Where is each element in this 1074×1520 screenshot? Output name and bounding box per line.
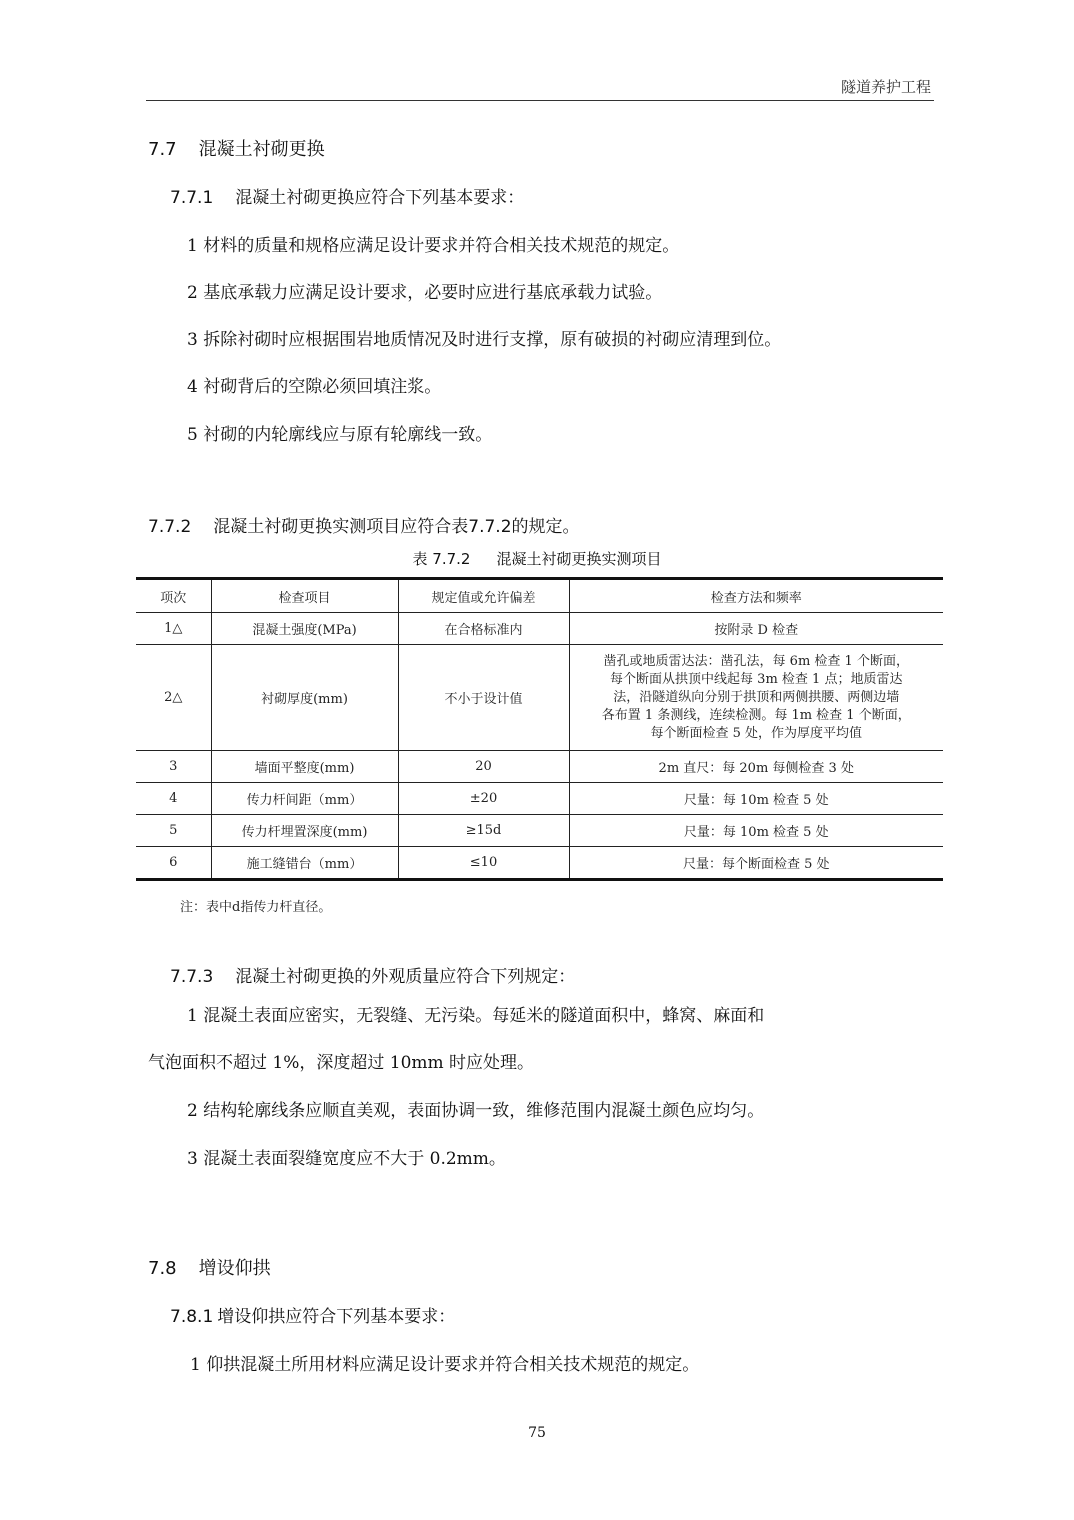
requirement-item: 1 混凝土表面应密实，无裂缝、无污染。每延米的隧道面积中，蜂窝、麻面和	[187, 1001, 764, 1026]
section-heading-7-8: 7.8增设仰拱	[148, 1254, 271, 1280]
inspection-item: 墙面平整度(mm)	[211, 751, 398, 783]
table-row: 5 传力杆埋置深度(mm) ≥15d 尺量：每 10m 检查 5 处	[136, 815, 943, 847]
header-divider	[146, 100, 934, 101]
clause-number: 7.7.3	[170, 967, 213, 987]
requirement-item: 3 混凝土表面裂缝宽度应不大于 0.2mm。	[187, 1144, 506, 1169]
clause-heading-7-7-3: 7.7.3混凝土衬砌更换的外观质量应符合下列规定：	[170, 962, 575, 987]
inspection-method: 2m 直尺：每 20m 每侧检查 3 处	[569, 751, 943, 783]
method-line: 法，沿隧道纵向分别于拱顶和两侧拱腰、两侧边墙	[574, 689, 940, 707]
method-line: 每个断面从拱顶中线起每 3m 检查 1 点；地质雷达	[574, 671, 940, 689]
table-title: 混凝土衬砌更换实测项目	[496, 550, 661, 568]
row-number: 5	[136, 815, 211, 847]
method-line: 每个断面检查 5 处，作为厚度平均值	[574, 725, 940, 743]
clause-title: 混凝土衬砌更换应符合下列基本要求：	[235, 188, 524, 208]
table-header-row: 项次 检查项目 规定值或允许偏差 检查方法和频率	[136, 579, 943, 613]
table-row: 4 传力杆间距（mm） ±20 尺量：每 10m 检查 5 处	[136, 783, 943, 815]
allowed-value: ±20	[398, 783, 569, 815]
header-cell: 项次	[136, 579, 211, 613]
clause-number: 7.7.1	[170, 188, 213, 208]
section-number: 7.7	[148, 139, 177, 160]
section-heading-7-7: 7.7混凝土衬砌更换	[148, 135, 325, 161]
clause-heading-7-8-1: 7.8.1增设仰拱应符合下列基本要求：	[170, 1302, 455, 1327]
inspection-method: 尺量：每个断面检查 5 处	[569, 847, 943, 880]
requirement-item: 2 基底承载力应满足设计要求，必要时应进行基底承载力试验。	[187, 278, 662, 303]
table-row: 2△ 衬砌厚度(mm) 不小于设计值 凿孔或地质雷达法：凿孔法，每 6m 检查 …	[136, 645, 943, 751]
inspection-item: 混凝土强度(MPa)	[211, 613, 398, 645]
method-line: 各布置 1 条测线，连续检测。每 1m 检查 1 个断面，	[574, 707, 940, 725]
inspection-method: 尺量：每 10m 检查 5 处	[569, 783, 943, 815]
inspection-item: 衬砌厚度(mm)	[211, 645, 398, 751]
row-number: 6	[136, 847, 211, 880]
running-header: 隧道养护工程	[841, 76, 931, 97]
allowed-value: ≤10	[398, 847, 569, 880]
inspection-method: 凿孔或地质雷达法：凿孔法，每 6m 检查 1 个断面， 每个断面从拱顶中线起每 …	[569, 645, 943, 751]
row-number: 2△	[136, 645, 211, 751]
clause-number: 7.7.2	[148, 517, 191, 537]
clause-heading-7-7-1: 7.7.1混凝土衬砌更换应符合下列基本要求：	[170, 183, 524, 208]
table-row: 3 墙面平整度(mm) 20 2m 直尺：每 20m 每侧检查 3 处	[136, 751, 943, 783]
row-number: 4	[136, 783, 211, 815]
page-number: 75	[0, 1425, 1074, 1441]
allowed-value: 在合格标准内	[398, 613, 569, 645]
inspection-item: 施工缝错台（mm）	[211, 847, 398, 880]
allowed-value: 不小于设计值	[398, 645, 569, 751]
requirement-item: 1 材料的质量和规格应满足设计要求并符合相关技术规范的规定。	[187, 231, 679, 256]
table-note: 注：表中d指传力杆直径。	[180, 896, 331, 915]
requirement-item: 1 仰拱混凝土所用材料应满足设计要求并符合相关技术规范的规定。	[190, 1350, 699, 1375]
section-number: 7.8	[148, 1258, 177, 1279]
requirement-item: 4 衬砌背后的空隙必须回填注浆。	[187, 372, 441, 397]
requirement-item: 5 衬砌的内轮廓线应与原有轮廓线一致。	[187, 420, 492, 445]
row-number: 3	[136, 751, 211, 783]
table-number: 表 7.7.2	[413, 550, 471, 568]
section-title: 混凝土衬砌更换	[199, 139, 325, 160]
requirement-item-continued: 气泡面积不超过 1%，深度超过 10mm 时应处理。	[148, 1048, 534, 1073]
header-cell: 规定值或允许偏差	[398, 579, 569, 613]
allowed-value: 20	[398, 751, 569, 783]
inspection-item: 传力杆间距（mm）	[211, 783, 398, 815]
section-title: 增设仰拱	[199, 1258, 271, 1279]
clause-heading-7-7-2: 7.7.2混凝土衬砌更换实测项目应符合表7.7.2的规定。	[148, 512, 580, 537]
inspection-method: 按附录 D 检查	[569, 613, 943, 645]
header-cell: 检查项目	[211, 579, 398, 613]
inspection-table: 项次 检查项目 规定值或允许偏差 检查方法和频率 1△ 混凝土强度(MPa) 在…	[136, 577, 943, 881]
clause-title: 混凝土衬砌更换的外观质量应符合下列规定：	[235, 967, 575, 987]
table-caption: 表 7.7.2混凝土衬砌更换实测项目	[0, 548, 1074, 569]
clause-title: 增设仰拱应符合下列基本要求：	[217, 1307, 455, 1327]
allowed-value: ≥15d	[398, 815, 569, 847]
requirement-item: 3 拆除衬砌时应根据围岩地质情况及时进行支撑，原有破损的衬砌应清理到位。	[187, 325, 781, 350]
method-line: 凿孔或地质雷达法：凿孔法，每 6m 检查 1 个断面，	[574, 653, 940, 671]
table-row: 1△ 混凝土强度(MPa) 在合格标准内 按附录 D 检查	[136, 613, 943, 645]
inspection-item: 传力杆埋置深度(mm)	[211, 815, 398, 847]
header-cell: 检查方法和频率	[569, 579, 943, 613]
inspection-method: 尺量：每 10m 检查 5 处	[569, 815, 943, 847]
table-row: 6 施工缝错台（mm） ≤10 尺量：每个断面检查 5 处	[136, 847, 943, 880]
row-number: 1△	[136, 613, 211, 645]
clause-title: 混凝土衬砌更换实测项目应符合表7.7.2的规定。	[213, 517, 579, 537]
requirement-item: 2 结构轮廓线条应顺直美观，表面协调一致，维修范围内混凝土颜色应均匀。	[187, 1096, 764, 1121]
clause-number: 7.8.1	[170, 1307, 213, 1327]
